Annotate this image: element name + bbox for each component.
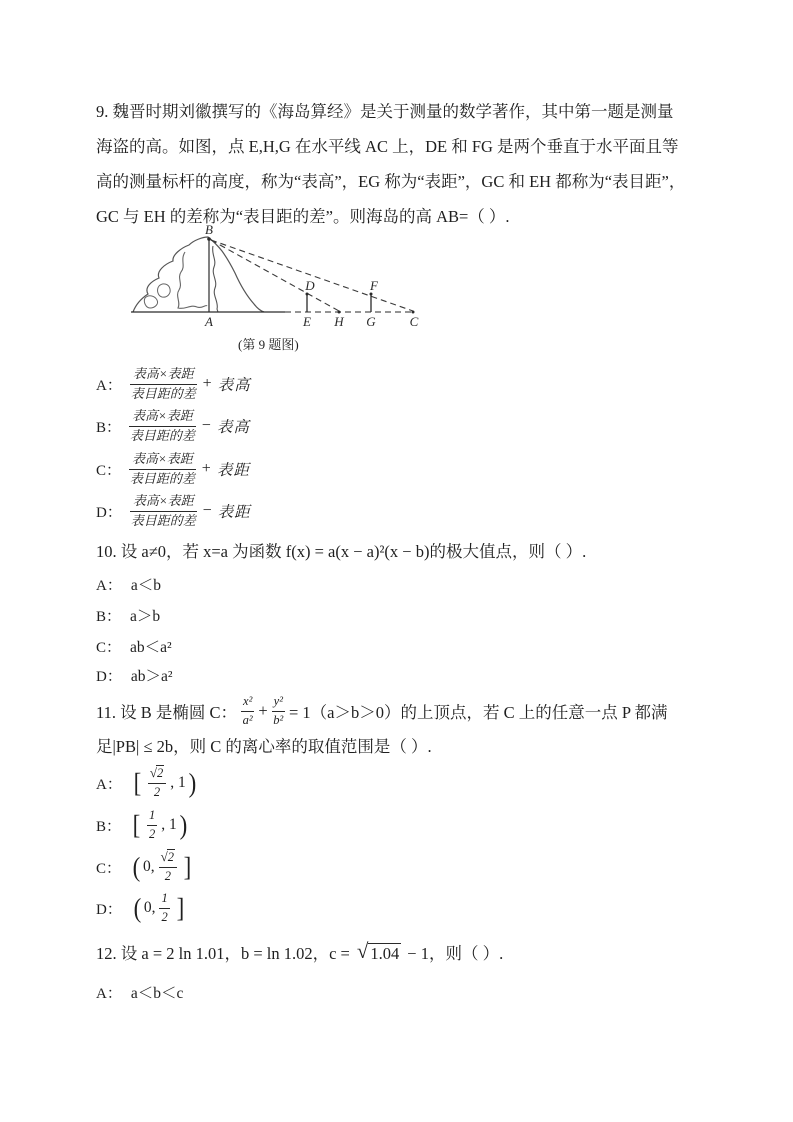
q9-option-b: B： 表高×表距 表目距的差 − 表高 xyxy=(96,408,250,445)
sightline-B-H xyxy=(211,240,339,311)
fraction: 1 2 xyxy=(147,808,157,842)
label-F: F xyxy=(369,278,379,293)
option-value: a＜b＜c xyxy=(131,981,184,1003)
option-term: 表距 xyxy=(218,500,251,522)
q10-option-b: B： a＞b xyxy=(96,604,160,626)
radical-sign: √ xyxy=(357,939,369,964)
option-term: 表高 xyxy=(218,373,251,395)
option-post: , 1 xyxy=(161,816,177,834)
q10-option-d: D： ab＞a² xyxy=(96,664,173,686)
fraction-y2-b2: y² b² xyxy=(272,694,285,728)
exam-page: 9. 魏晋时期刘徽撰写的《海岛算经》是关于测量的数学著作，其中第一题是测量 海盗… xyxy=(0,0,793,1122)
fraction-denominator: 2 xyxy=(165,868,171,885)
fraction: 表高×表距 表目距的差 xyxy=(130,366,197,403)
fraction: 1 2 xyxy=(159,891,169,925)
q9-option-c: C： 表高×表距 表目距的差 + 表距 xyxy=(96,451,250,488)
point-B xyxy=(207,237,211,241)
option-label: A： xyxy=(96,374,122,395)
mountain-contour-4 xyxy=(158,284,171,297)
close-bracket: ] xyxy=(184,854,192,881)
q12-option-a: A： a＜b＜c xyxy=(96,981,183,1003)
q9-option-d: D： 表高×表距 表目距的差 − 表距 xyxy=(96,493,251,530)
option-label: A： xyxy=(96,982,122,1003)
q9-stem-line-3: 高的测量标杆的高度，称为“表高”，EG 称为“表距”，GC 和 EH 都称为“表… xyxy=(96,164,685,199)
option-label: C： xyxy=(96,459,121,480)
q9-figure: B A D F E H G C xyxy=(123,224,468,332)
option-value: a＞b xyxy=(130,604,160,626)
q12-stem-post: − 1，则（ ）. xyxy=(407,940,503,964)
fraction-numerator: 表高×表距 xyxy=(130,493,197,512)
fraction-numerator: 表高×表距 xyxy=(129,451,196,470)
option-value: ab＜a² xyxy=(130,635,172,657)
close-bracket: ) xyxy=(188,770,196,797)
island-survey-diagram: B A D F E H G C xyxy=(123,224,468,332)
option-label: D： xyxy=(96,898,122,919)
q11-option-a: A： [ √2 2 , 1 ) xyxy=(96,763,199,803)
q11-stem-prefix: 11. 设 B 是椭圆 C： xyxy=(96,699,237,723)
fraction-denominator: 表目距的差 xyxy=(130,427,195,445)
fraction-numerator: 表高×表距 xyxy=(129,408,196,427)
option-label: D： xyxy=(96,501,122,522)
fraction: √2 2 xyxy=(159,849,177,884)
mountain-contour-2 xyxy=(213,246,218,312)
option-pre: 0, xyxy=(143,858,155,876)
fraction-x2-a2: x² a² xyxy=(241,694,254,728)
q9-figure-caption: (第 9 题图) xyxy=(238,334,299,353)
radicand: 2 xyxy=(156,765,164,780)
open-bracket: [ xyxy=(133,812,141,839)
option-label: A： xyxy=(96,773,122,794)
option-term: 表高 xyxy=(217,415,250,437)
fraction: √2 2 xyxy=(148,765,166,800)
mountain-contour-1 xyxy=(178,252,207,308)
sightline-B-C xyxy=(211,240,413,311)
option-label: B： xyxy=(96,815,121,836)
mountain-outline xyxy=(133,237,264,312)
radicand: 2 xyxy=(167,849,175,864)
fraction: 表高×表距 表目距的差 xyxy=(129,451,196,488)
fraction-denominator: 表目距的差 xyxy=(130,470,195,488)
fraction-denominator: b² xyxy=(273,712,283,729)
option-label: B： xyxy=(96,605,121,626)
fraction-denominator: 2 xyxy=(161,909,167,926)
option-label: D： xyxy=(96,665,122,686)
option-value: ab＞a² xyxy=(131,664,173,686)
q12-stem-pre: 12. 设 a = 2 ln 1.01，b = ln 1.02，c = xyxy=(96,940,350,964)
q11-option-c: C： ( 0, √2 2 ] xyxy=(96,847,194,887)
question-11-stem-line-1: 11. 设 B 是椭圆 C： x² a² + y² b² = 1（a＞b＞0）的… xyxy=(96,691,668,731)
fraction-denominator: 表目距的差 xyxy=(131,385,196,403)
option-post: , 1 xyxy=(170,774,186,792)
label-A: A xyxy=(204,314,213,329)
label-H: H xyxy=(333,314,344,329)
fraction: 表高×表距 表目距的差 xyxy=(130,493,197,530)
operator: + xyxy=(202,460,211,478)
option-label: B： xyxy=(96,416,121,437)
option-label: C： xyxy=(96,857,121,878)
q11-option-b: B： [ 1 2 , 1 ) xyxy=(96,805,190,845)
option-label: C： xyxy=(96,636,121,657)
fraction-numerator: y² xyxy=(272,694,285,712)
question-10-stem: 10. 设 a≠0，若 x=a 为函数 f(x) = a(x − a)²(x −… xyxy=(96,541,586,563)
question-11-stem-line-2: 足|PB| ≤ 2b，则 C 的离心率的取值范围是（ ）. xyxy=(96,736,432,758)
option-value: a＜b xyxy=(131,573,161,595)
fraction-denominator: 表目距的差 xyxy=(131,512,196,530)
fraction: 表高×表距 表目距的差 xyxy=(129,408,196,445)
q11-option-d: D： ( 0, 1 2 ] xyxy=(96,888,187,928)
option-pre: 0, xyxy=(144,899,156,917)
q9-stem-line-2: 海盗的高。如图，点 E,H,G 在水平线 AC 上，DE 和 FG 是两个垂直于… xyxy=(96,129,685,164)
fraction-numerator: 1 xyxy=(159,891,169,909)
operator: − xyxy=(202,417,211,435)
question-12-stem: 12. 设 a = 2 ln 1.01，b = ln 1.02，c = √ 1.… xyxy=(96,937,503,967)
fraction-numerator: √2 xyxy=(148,765,166,784)
q10-option-a: A： a＜b xyxy=(96,573,161,595)
fraction-denominator: 2 xyxy=(154,784,160,801)
operator: + xyxy=(203,375,212,393)
label-G: G xyxy=(366,314,376,329)
close-bracket: ) xyxy=(179,812,187,839)
mountain-contour-3 xyxy=(144,296,157,308)
label-C: C xyxy=(410,314,419,329)
fraction-denominator: 2 xyxy=(149,826,155,843)
open-bracket: ( xyxy=(133,854,141,881)
open-bracket: [ xyxy=(134,770,142,797)
fraction-numerator: x² xyxy=(241,694,254,712)
plus-sign: + xyxy=(258,701,267,721)
fraction-numerator: 1 xyxy=(147,808,157,826)
label-E: E xyxy=(302,314,311,329)
operator: − xyxy=(203,502,212,520)
fraction-numerator: 表高×表距 xyxy=(130,366,197,385)
label-D: D xyxy=(304,278,315,293)
radicand: 1.04 xyxy=(368,943,401,964)
q10-option-c: C： ab＜a² xyxy=(96,635,172,657)
q9-stem-line-1: 9. 魏晋时期刘徽撰写的《海岛算经》是关于测量的数学著作，其中第一题是测量 xyxy=(96,94,685,129)
q11-stem-rest: = 1（a＞b＞0）的上顶点，若 C 上的任意一点 P 都满 xyxy=(289,699,668,723)
q9-option-a: A： 表高×表距 表目距的差 + 表高 xyxy=(96,366,251,403)
fraction-numerator: √2 xyxy=(159,849,177,868)
fraction-denominator: a² xyxy=(243,712,253,729)
open-bracket: ( xyxy=(134,895,142,922)
option-term: 表距 xyxy=(217,458,250,480)
close-bracket: ] xyxy=(176,895,184,922)
option-label: A： xyxy=(96,574,122,595)
question-9-stem: 9. 魏晋时期刘徽撰写的《海岛算经》是关于测量的数学著作，其中第一题是测量 海盗… xyxy=(96,94,685,234)
label-B: B xyxy=(205,224,213,237)
